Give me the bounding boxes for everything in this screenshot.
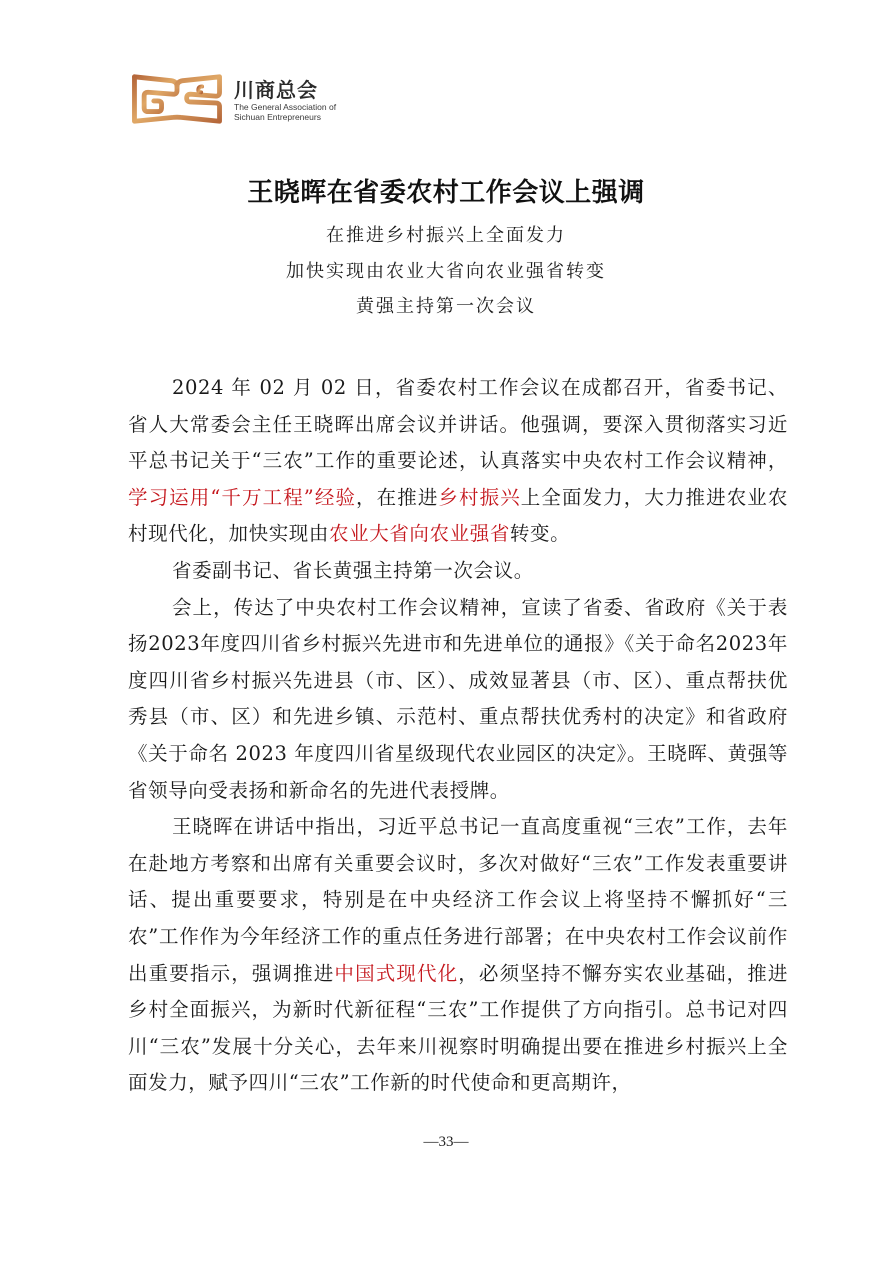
text-segment: 转变。 (510, 522, 570, 545)
article-title: 王晓晖在省委农村工作会议上强调 (0, 176, 892, 210)
article-subtitle-3: 黄强主持第一次会议 (0, 295, 892, 319)
highlighted-phrase: 农业大省向农业强省 (329, 522, 510, 545)
text-segment: 省委副书记、省长黄强主持第一次会议。 (172, 559, 534, 582)
page-number: —33— (0, 1134, 892, 1151)
article-body: 2024 年 02 月 02 日，省委农村工作会议在成都召开，省委书记、省人大常… (128, 370, 788, 1102)
paragraph-1: 2024 年 02 月 02 日，省委农村工作会议在成都召开，省委书记、省人大常… (128, 370, 788, 553)
logo-name-en-line1: The General Association of (234, 102, 336, 112)
document-page: 川商总会 The General Association of Sichuan … (0, 0, 892, 1262)
paragraph-4: 王晓晖在讲话中指出，习近平总书记一直高度重视“三农”工作，去年在赴地方考察和出席… (128, 809, 788, 1102)
chuanshang-logo-mark-icon (128, 71, 226, 129)
highlighted-phrase: 乡村振兴 (438, 486, 520, 509)
text-segment: ，在推进 (356, 486, 438, 509)
highlighted-phrase: 学习运用“千万工程”经验 (128, 486, 356, 509)
paragraph-2: 省委副书记、省长黄强主持第一次会议。 (128, 553, 788, 590)
text-segment: 王晓晖在讲话中指出，习近平总书记一直高度重视“三农”工作，去年在赴地方考察和出席… (128, 815, 788, 984)
organization-logo: 川商总会 The General Association of Sichuan … (128, 70, 336, 130)
text-segment: 会上，传达了中央农村工作会议精神，宣读了省委、省政府《关于表扬2023年度四川省… (128, 596, 788, 802)
logo-name-en-line2: Sichuan Entrepreneurs (234, 112, 336, 122)
text-segment: 2024 年 02 月 02 日，省委农村工作会议在成都召开，省委书记、省人大常… (128, 376, 788, 472)
logo-name-cn: 川商总会 (234, 78, 336, 102)
article-subtitle-2: 加快实现由农业大省向农业强省转变 (0, 260, 892, 284)
highlighted-phrase: 中国式现代化 (334, 962, 458, 985)
article-subtitle-1: 在推进乡村振兴上全面发力 (0, 224, 892, 248)
paragraph-3: 会上，传达了中央农村工作会议精神，宣读了省委、省政府《关于表扬2023年度四川省… (128, 590, 788, 810)
logo-text: 川商总会 The General Association of Sichuan … (234, 78, 336, 122)
